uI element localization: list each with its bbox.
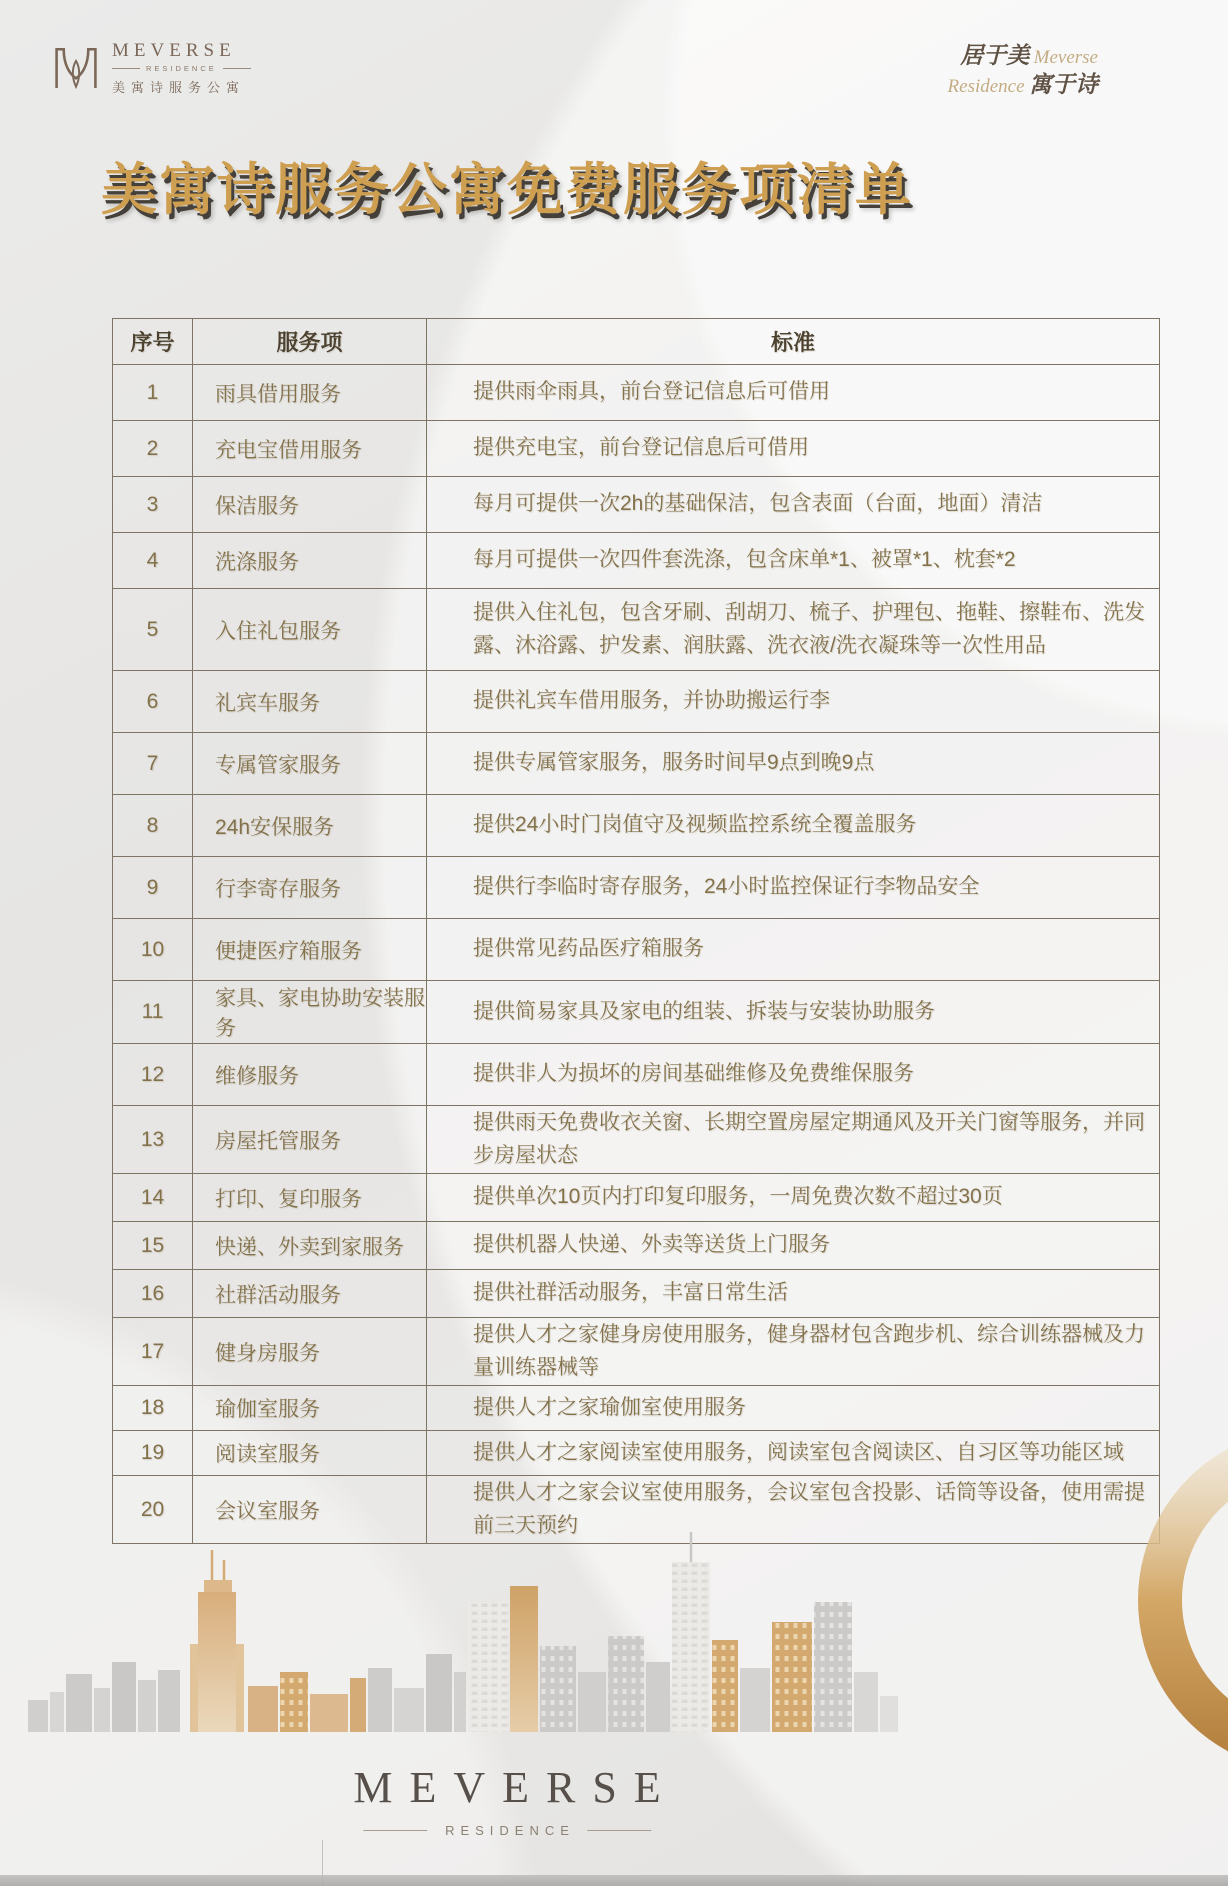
brand-logo-text: MEVERSE RESIDENCE 美寓诗服务公寓 <box>112 40 251 96</box>
table-row: 9行李寄存服务提供行李临时寄存服务，24小时监控保证行李物品安全 <box>113 857 1160 919</box>
footer-brand-name: MEVERSE <box>336 1762 677 1813</box>
table-row: 13房屋托管服务提供雨天免费收衣关窗、长期空置房屋定期通风及开关门窗等服务，并同… <box>113 1106 1160 1174</box>
service-name-cell: 房屋托管服务 <box>193 1106 427 1174</box>
table-header: 序号 服务项 标准 <box>113 319 1160 365</box>
standard-cell: 每月可提供一次2h的基础保洁，包含表面（台面，地面）清洁 <box>427 477 1160 533</box>
service-name-cell: 24h安保服务 <box>193 795 427 857</box>
table-row: 824h安保服务提供24小时门岗值守及视频监控系统全覆盖服务 <box>113 795 1160 857</box>
row-number-cell: 9 <box>113 857 193 919</box>
row-number-cell: 11 <box>113 981 193 1044</box>
standard-cell: 提供24小时门岗值守及视频监控系统全覆盖服务 <box>427 795 1160 857</box>
row-number-cell: 14 <box>113 1174 193 1222</box>
footer-subname-label: RESIDENCE <box>439 1823 575 1838</box>
bottom-edge-strip <box>0 1875 1228 1886</box>
table-row: 17健身房服务提供人才之家健身房使用服务，健身器材包含跑步机、综合训练器械及力量… <box>113 1318 1160 1386</box>
skyline-buildings <box>28 1532 898 1732</box>
standard-cell: 提供入住礼包，包含牙刷、刮胡刀、梳子、护理包、拖鞋、擦鞋布、洗发露、沐浴露、护发… <box>427 589 1160 671</box>
service-name-cell: 阅读室服务 <box>193 1431 427 1476</box>
standard-cell: 提供人才之家健身房使用服务，健身器材包含跑步机、综合训练器械及力量训练器械等 <box>427 1318 1160 1386</box>
service-name-cell: 健身房服务 <box>193 1318 427 1386</box>
table-row: 3保洁服务每月可提供一次2h的基础保洁，包含表面（台面，地面）清洁 <box>113 477 1160 533</box>
row-number-cell: 18 <box>113 1386 193 1431</box>
table-row: 12维修服务提供非人为损坏的房间基础维修及免费维保服务 <box>113 1044 1160 1106</box>
table-row: 1雨具借用服务提供雨伞雨具，前台登记信息后可借用 <box>113 365 1160 421</box>
standard-cell: 提供单次10页内打印复印服务，一周免费次数不超过30页 <box>427 1174 1160 1222</box>
meverse-monogram-icon <box>54 43 98 93</box>
standard-cell: 提供专属管家服务，服务时间早9点到晚9点 <box>427 733 1160 795</box>
row-number-cell: 10 <box>113 919 193 981</box>
divider-line <box>587 1830 651 1831</box>
row-number-cell: 12 <box>113 1044 193 1106</box>
standard-cell: 提供社群活动服务，丰富日常生活 <box>427 1270 1160 1318</box>
brand-name: MEVERSE <box>112 40 251 62</box>
poster-page: MEVERSE RESIDENCE 美寓诗服务公寓 居于美 Meverse Re… <box>0 0 1228 1886</box>
table-row: 15快递、外卖到家服务提供机器人快递、外卖等送货上门服务 <box>113 1222 1160 1270</box>
service-name-cell: 入住礼包服务 <box>193 589 427 671</box>
service-name-cell: 家具、家电协助安装服务 <box>193 981 427 1044</box>
standard-cell: 提供非人为损坏的房间基础维修及免费维保服务 <box>427 1044 1160 1106</box>
standard-cell: 提供雨伞雨具，前台登记信息后可借用 <box>427 365 1160 421</box>
divider-line <box>223 68 251 69</box>
row-number-cell: 16 <box>113 1270 193 1318</box>
table-row: 4洗涤服务每月可提供一次四件套洗涤，包含床单*1、被罩*1、枕套*2 <box>113 533 1160 589</box>
service-name-cell: 行李寄存服务 <box>193 857 427 919</box>
brand-slogan: 居于美 Meverse Residence 寓于诗 <box>948 42 1098 100</box>
service-name-cell: 瑜伽室服务 <box>193 1386 427 1431</box>
row-number-cell: 3 <box>113 477 193 533</box>
slogan-line-1: 居于美 Meverse <box>948 42 1098 71</box>
service-name-cell: 打印、复印服务 <box>193 1174 427 1222</box>
standard-cell: 提供人才之家瑜伽室使用服务 <box>427 1386 1160 1431</box>
slogan-en-1: Meverse <box>1034 47 1098 68</box>
table-row: 6礼宾车服务提供礼宾车借用服务，并协助搬运行李 <box>113 671 1160 733</box>
slogan-cn-1: 居于美 <box>960 43 1029 68</box>
column-header-no: 序号 <box>113 319 193 365</box>
standard-cell: 每月可提供一次四件套洗涤，包含床单*1、被罩*1、枕套*2 <box>427 533 1160 589</box>
table-row: 14打印、复印服务提供单次10页内打印复印服务，一周免费次数不超过30页 <box>113 1174 1160 1222</box>
table-row: 7专属管家服务提供专属管家服务，服务时间早9点到晚9点 <box>113 733 1160 795</box>
service-name-cell: 保洁服务 <box>193 477 427 533</box>
row-number-cell: 7 <box>113 733 193 795</box>
row-number-cell: 5 <box>113 589 193 671</box>
divider-line <box>363 1830 427 1831</box>
service-name-cell: 专属管家服务 <box>193 733 427 795</box>
slogan-line-2: Residence 寓于诗 <box>948 71 1098 100</box>
row-number-cell: 8 <box>113 795 193 857</box>
service-name-cell: 快递、外卖到家服务 <box>193 1222 427 1270</box>
row-number-cell: 19 <box>113 1431 193 1476</box>
row-number-cell: 2 <box>113 421 193 477</box>
row-number-cell: 15 <box>113 1222 193 1270</box>
standard-cell: 提供雨天免费收衣关窗、长期空置房屋定期通风及开关门窗等服务，并同步房屋状态 <box>427 1106 1160 1174</box>
service-name-cell: 雨具借用服务 <box>193 365 427 421</box>
table-header-row: 序号 服务项 标准 <box>113 319 1160 365</box>
divider-line <box>112 68 140 69</box>
column-header-standard: 标准 <box>427 319 1160 365</box>
slogan-en-2: Residence <box>948 76 1025 97</box>
table-body: 1雨具借用服务提供雨伞雨具，前台登记信息后可借用2充电宝借用服务提供充电宝，前台… <box>113 365 1160 1544</box>
table-row: 11家具、家电协助安装服务提供简易家具及家电的组装、拆装与安装协助服务 <box>113 981 1160 1044</box>
brand-name-chinese: 美寓诗服务公寓 <box>112 77 251 96</box>
standard-cell: 提供充电宝，前台登记信息后可借用 <box>427 421 1160 477</box>
row-number-cell: 4 <box>113 533 193 589</box>
standard-cell: 提供行李临时寄存服务，24小时监控保证行李物品安全 <box>427 857 1160 919</box>
row-number-cell: 13 <box>113 1106 193 1174</box>
standard-cell: 提供简易家具及家电的组装、拆装与安装协助服务 <box>427 981 1160 1044</box>
table-row: 18瑜伽室服务提供人才之家瑜伽室使用服务 <box>113 1386 1160 1431</box>
footer-logo: MEVERSE RESIDENCE <box>336 1762 677 1838</box>
service-name-cell: 社群活动服务 <box>193 1270 427 1318</box>
gold-ring-graphic <box>1040 1425 1228 1775</box>
standard-cell: 提供礼宾车借用服务，并协助搬运行李 <box>427 671 1160 733</box>
service-name-cell: 洗涤服务 <box>193 533 427 589</box>
brand-subname-label: RESIDENCE <box>146 64 217 73</box>
row-number-cell: 1 <box>113 365 193 421</box>
brand-logo: MEVERSE RESIDENCE 美寓诗服务公寓 <box>54 40 251 96</box>
standard-cell: 提供常见药品医疗箱服务 <box>427 919 1160 981</box>
page-title: 美寓诗服务公寓免费服务项清单 <box>101 146 913 226</box>
brand-subname: RESIDENCE <box>112 64 251 73</box>
table-row: 19阅读室服务提供人才之家阅读室使用服务，阅读室包含阅读区、自习区等功能区域 <box>113 1431 1160 1476</box>
table-row: 16社群活动服务提供社群活动服务，丰富日常生活 <box>113 1270 1160 1318</box>
service-name-cell: 充电宝借用服务 <box>193 421 427 477</box>
table-row: 5入住礼包服务提供入住礼包，包含牙刷、刮胡刀、梳子、护理包、拖鞋、擦鞋布、洗发露… <box>113 589 1160 671</box>
slogan-cn-2: 寓于诗 <box>1029 72 1098 97</box>
column-header-service: 服务项 <box>193 319 427 365</box>
table-row: 2充电宝借用服务提供充电宝，前台登记信息后可借用 <box>113 421 1160 477</box>
table-row: 10便捷医疗箱服务提供常见药品医疗箱服务 <box>113 919 1160 981</box>
row-number-cell: 17 <box>113 1318 193 1386</box>
service-table: 序号 服务项 标准 1雨具借用服务提供雨伞雨具，前台登记信息后可借用2充电宝借用… <box>112 318 1160 1544</box>
footer-brand-subname: RESIDENCE <box>336 1823 677 1838</box>
service-name-cell: 维修服务 <box>193 1044 427 1106</box>
row-number-cell: 6 <box>113 671 193 733</box>
service-name-cell: 礼宾车服务 <box>193 671 427 733</box>
standard-cell: 提供机器人快递、外卖等送货上门服务 <box>427 1222 1160 1270</box>
service-name-cell: 便捷医疗箱服务 <box>193 919 427 981</box>
